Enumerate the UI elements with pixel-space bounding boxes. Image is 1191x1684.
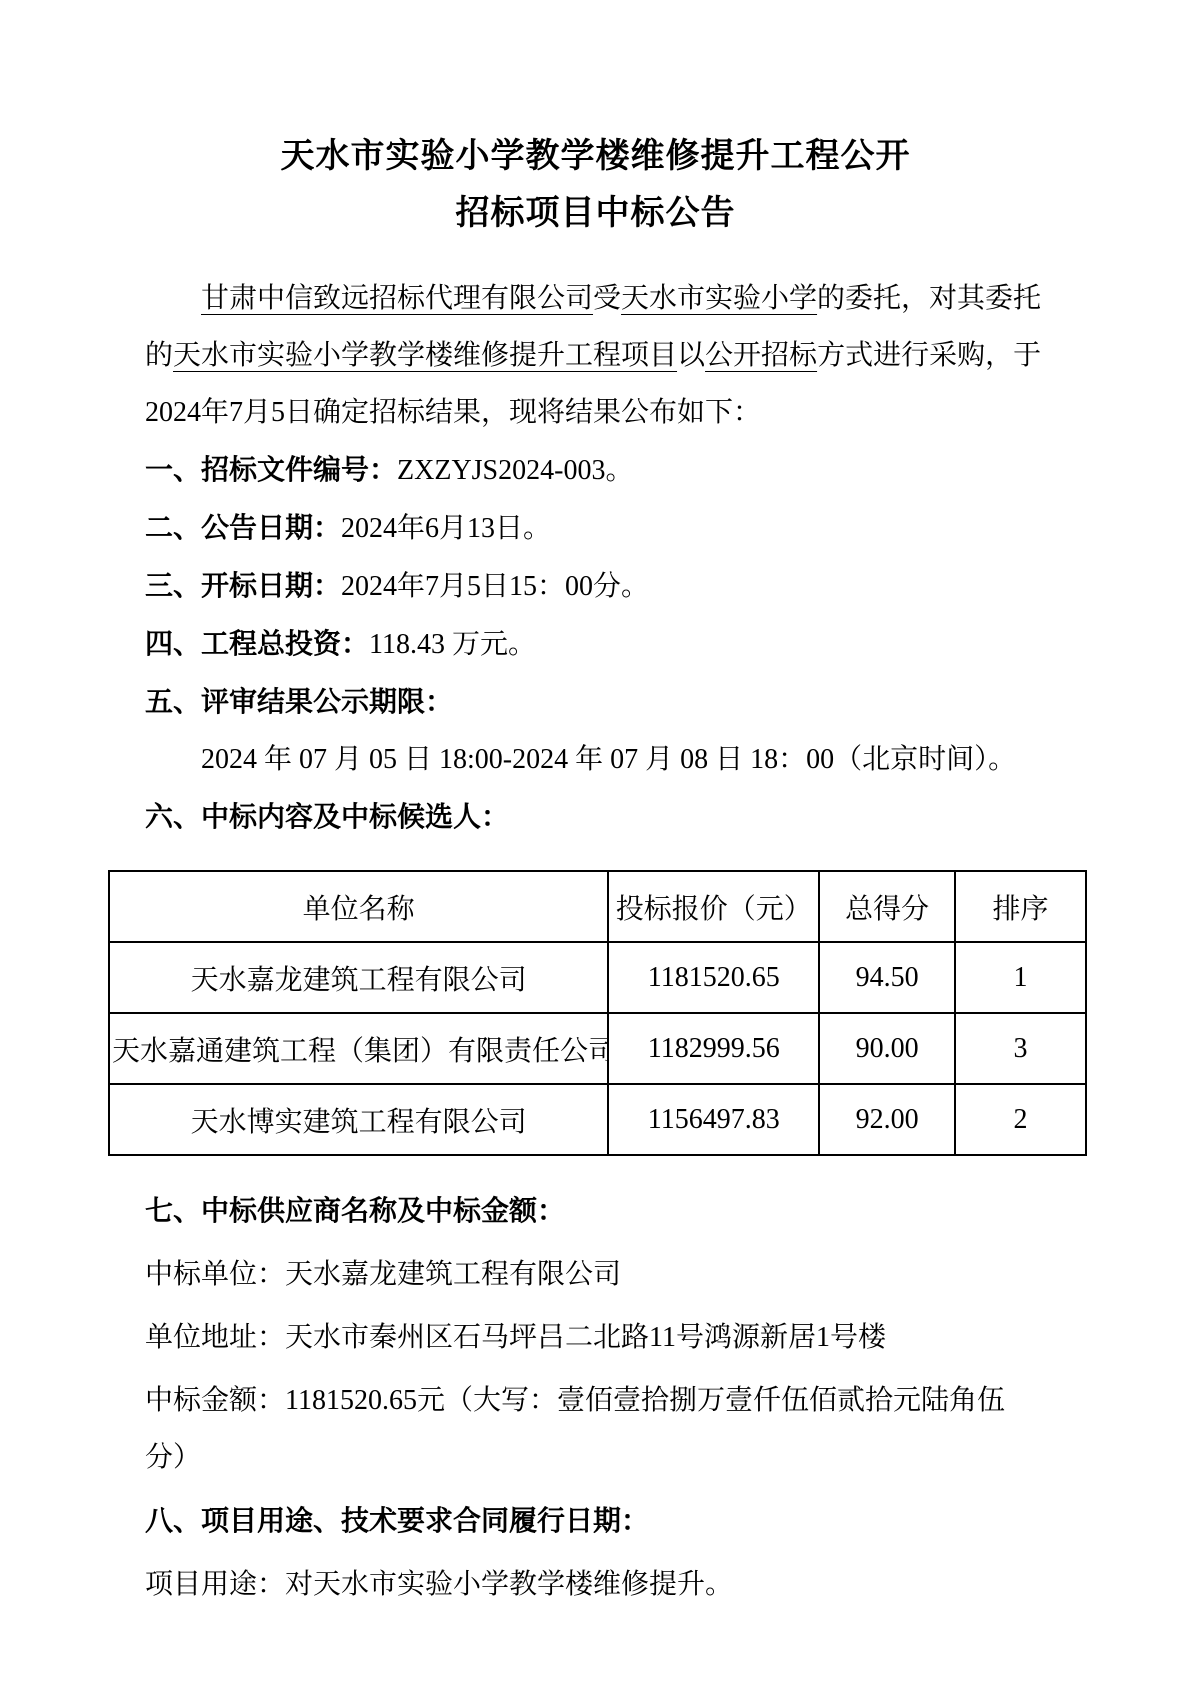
page-title-line1: 天水市实验小学教学楼维修提升工程公开 bbox=[145, 128, 1046, 185]
cell-bid-price: 1156497.83 bbox=[608, 1084, 819, 1155]
cell-rank: 3 bbox=[955, 1013, 1086, 1084]
cell-rank: 1 bbox=[955, 942, 1086, 1013]
cell-company-name: 天水嘉龙建筑工程有限公司 bbox=[109, 942, 608, 1013]
page-title: 天水市实验小学教学楼维修提升工程公开 招标项目中标公告 bbox=[145, 128, 1046, 242]
cell-total-score: 92.00 bbox=[819, 1084, 955, 1155]
section-7-winner-heading: 七、中标供应商名称及中标金额： bbox=[145, 1182, 1046, 1240]
intro-text: 的 bbox=[145, 340, 173, 371]
section-1-label: 一、招标文件编号： bbox=[145, 454, 397, 485]
table-header-row: 单位名称 投标报价（元） 总得分 排序 bbox=[109, 871, 1086, 942]
section-5-label: 五、评审结果公示期限： bbox=[145, 686, 453, 717]
method-underlined: 公开招标 bbox=[705, 340, 817, 371]
section-4-label: 四、工程总投资： bbox=[145, 628, 369, 659]
cell-rank: 2 bbox=[955, 1084, 1086, 1155]
section-2-label: 二、公告日期： bbox=[145, 512, 341, 543]
project-name-underlined: 天水市实验小学教学楼维修提升工程项目 bbox=[173, 340, 677, 371]
agency-name-underlined: 甘肃中信致远招标代理有限公司 bbox=[201, 283, 593, 314]
cell-bid-price: 1182999.56 bbox=[608, 1013, 819, 1084]
section-7-label: 七、中标供应商名称及中标金额： bbox=[145, 1195, 565, 1226]
intro-text: 方式进行采购，于 bbox=[817, 340, 1041, 371]
section-8-label: 八、项目用途、技术要求合同履行日期： bbox=[145, 1505, 649, 1536]
winner-address-line: 单位地址：天水市秦州区石马坪吕二北路11号鸿源新居1号楼 bbox=[145, 1309, 1046, 1366]
intro-line-1: 甘肃中信致远招标代理有限公司受天水市实验小学的委托，对其委托 bbox=[145, 270, 1046, 327]
project-usage-line: 项目用途：对天水市实验小学教学楼维修提升。 bbox=[145, 1556, 1046, 1613]
winner-company-line: 中标单位：天水嘉龙建筑工程有限公司 bbox=[145, 1246, 1046, 1303]
header-bid-price: 投标报价（元） bbox=[608, 871, 819, 942]
section-4-value: 118.43 万元。 bbox=[369, 629, 536, 660]
cell-company-name: 天水嘉通建筑工程（集团）有限责任公司 bbox=[109, 1013, 608, 1084]
section-3-label: 三、开标日期： bbox=[145, 570, 341, 601]
table-row: 天水嘉通建筑工程（集团）有限责任公司 1182999.56 90.00 3 bbox=[109, 1013, 1086, 1084]
section-3-open-date: 三、开标日期：2024年7月5日15：00分。 bbox=[145, 557, 1046, 615]
page-title-line2: 招标项目中标公告 bbox=[145, 185, 1046, 242]
bid-results-table: 单位名称 投标报价（元） 总得分 排序 天水嘉龙建筑工程有限公司 1181520… bbox=[108, 870, 1087, 1156]
intro-text: 以 bbox=[677, 340, 705, 371]
section-6-label: 六、中标内容及中标候选人： bbox=[145, 801, 509, 832]
section-8-usage-heading: 八、项目用途、技术要求合同履行日期： bbox=[145, 1492, 1046, 1550]
review-period-value: 2024 年 07 月 05 日 18:00-2024 年 07 月 08 日 … bbox=[145, 731, 1046, 788]
cell-company-name: 天水博实建筑工程有限公司 bbox=[109, 1084, 608, 1155]
intro-line-2: 的天水市实验小学教学楼维修提升工程项目以公开招标方式进行采购，于 bbox=[145, 327, 1046, 384]
table-row: 天水博实建筑工程有限公司 1156497.83 92.00 2 bbox=[109, 1084, 1086, 1155]
intro-paragraph: 甘肃中信致远招标代理有限公司受天水市实验小学的委托，对其委托 的天水市实验小学教… bbox=[145, 270, 1046, 441]
section-1-doc-number: 一、招标文件编号：ZXZYJS2024-003。 bbox=[145, 441, 1046, 499]
winner-amount-line: 中标金额：1181520.65元（大写：壹佰壹拾捌万壹仟伍佰贰拾元陆角伍分） bbox=[145, 1372, 1046, 1486]
announcement-page: 天水市实验小学教学楼维修提升工程公开 招标项目中标公告 甘肃中信致远招标代理有限… bbox=[0, 0, 1191, 1684]
intro-text: 的委托，对其委托 bbox=[817, 283, 1041, 314]
table-row: 天水嘉龙建筑工程有限公司 1181520.65 94.50 1 bbox=[109, 942, 1086, 1013]
section-2-announce-date: 二、公告日期：2024年6月13日。 bbox=[145, 499, 1046, 557]
section-2-value: 2024年6月13日。 bbox=[341, 513, 551, 544]
header-company-name: 单位名称 bbox=[109, 871, 608, 942]
cell-total-score: 90.00 bbox=[819, 1013, 955, 1084]
header-total-score: 总得分 bbox=[819, 871, 955, 942]
section-4-total-investment: 四、工程总投资：118.43 万元。 bbox=[145, 615, 1046, 673]
header-rank: 排序 bbox=[955, 871, 1086, 942]
intro-line-3: 2024年7月5日确定招标结果，现将结果公布如下： bbox=[145, 384, 1046, 441]
section-5-review-period-heading: 五、评审结果公示期限： bbox=[145, 673, 1046, 731]
cell-total-score: 94.50 bbox=[819, 942, 955, 1013]
school-name-underlined: 天水市实验小学 bbox=[621, 283, 817, 314]
section-6-candidates-heading: 六、中标内容及中标候选人： bbox=[145, 788, 1046, 846]
section-3-value: 2024年7月5日15：00分。 bbox=[341, 571, 649, 602]
intro-text: 受 bbox=[593, 283, 621, 314]
cell-bid-price: 1181520.65 bbox=[608, 942, 819, 1013]
section-1-value: ZXZYJS2024-003。 bbox=[397, 455, 633, 486]
